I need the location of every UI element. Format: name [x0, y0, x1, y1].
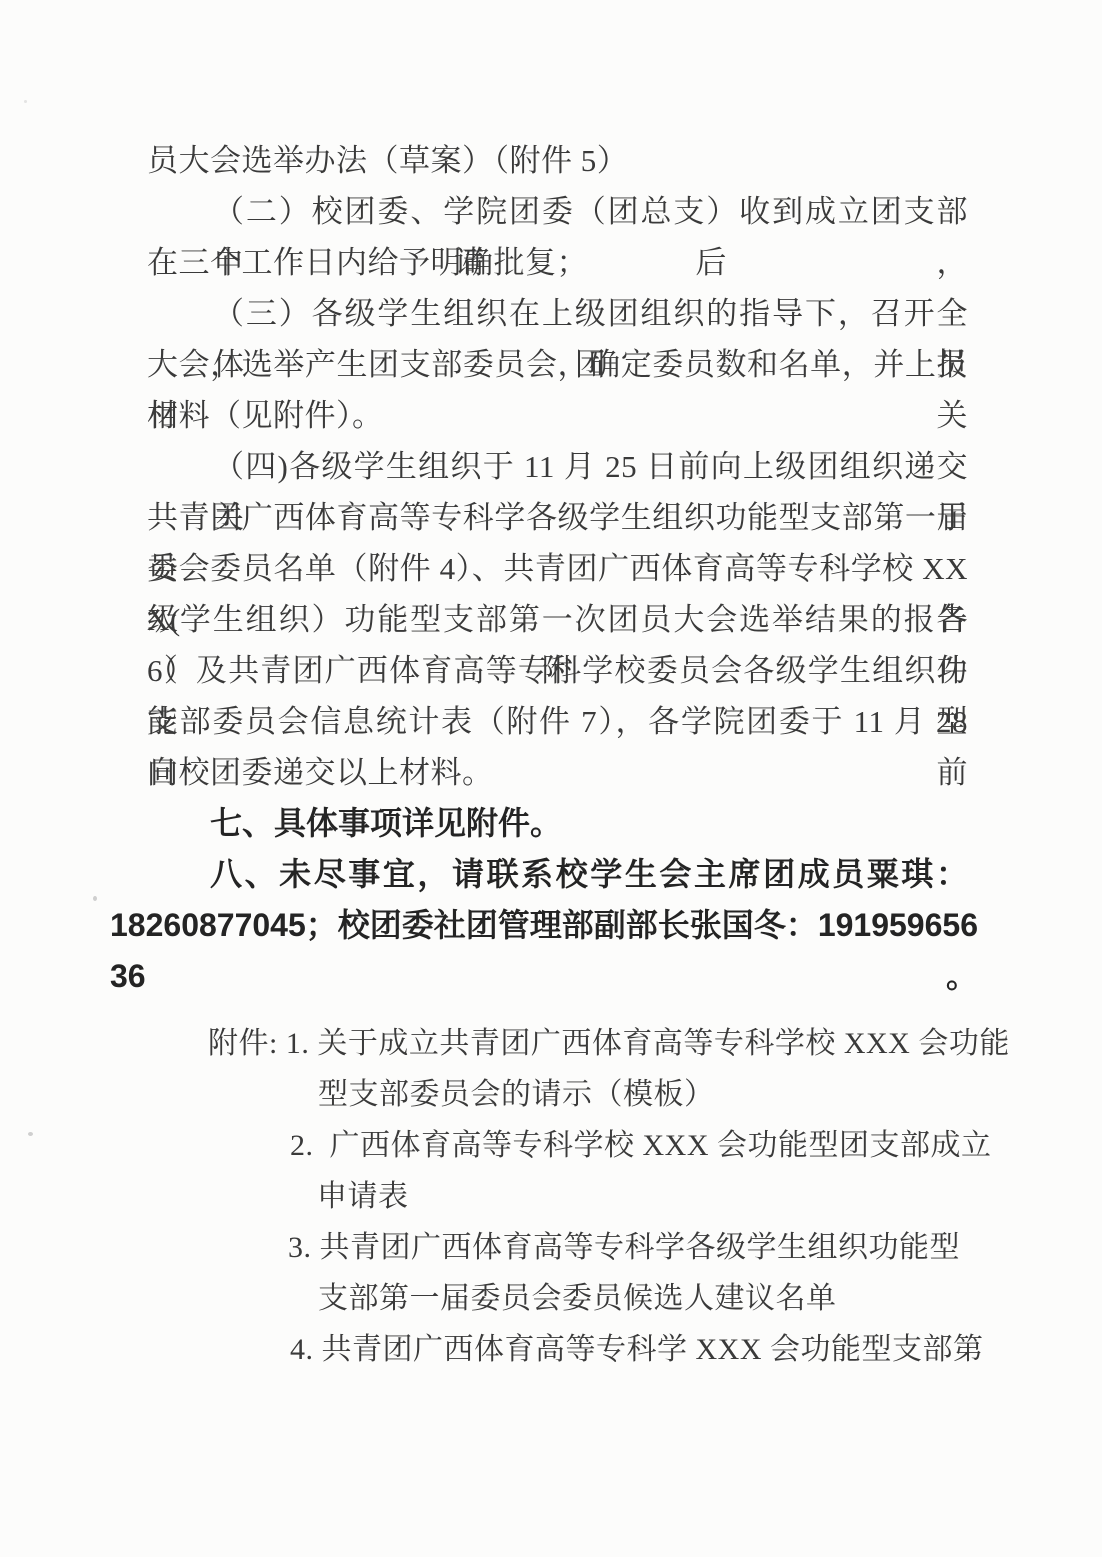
body-line: （四)各级学生组织于 11 月 25 日前向上级团组织递交关于: [147, 441, 968, 492]
scan-speck: [24, 100, 27, 103]
body-line: （三）各级学生组织在上级团组织的指导下，召开全体团员: [147, 288, 968, 339]
body-line: 员会委员名单（附件 4）、共青团广西体育高等专科学校 XXX(各: [147, 543, 968, 594]
body-paragraphs: 员大会选举办法（草案）（附件 5） （二）校团委、学院团委（团总支）收到成立团支…: [147, 135, 968, 951]
body-line: 员大会选举办法（草案）（附件 5）: [147, 135, 968, 186]
attachment-line: 3. 共青团广西体育高等专科学各级学生组织功能型: [147, 1222, 968, 1273]
body-line: 6）及共青团广西体育高等专科学校委员会各级学生组织功能型: [147, 645, 968, 696]
body-line: 共青团广西体育高等专科学各级学生组织功能型支部第一届委: [147, 492, 968, 543]
body-line: （二）校团委、学院团委（团总支）收到成立团支部申请后，: [147, 186, 968, 237]
attachment-line: 型支部委员会的请示（模板）: [147, 1069, 968, 1120]
body-line-item-seven: 七、具体事项详见附件。: [147, 798, 968, 849]
attachment-line: 申请表: [147, 1171, 968, 1222]
body-line: 级学生组织）功能型支部第一次团员大会选举结果的报告（附件: [147, 594, 968, 645]
body-line: 支部委员会信息统计表（附件 7），各学院团委于 11 月 28 日前: [147, 696, 968, 747]
attachment-line: 附件: 1. 关于成立共青团广西体育高等专科学校 XXX 会功能: [147, 1018, 968, 1069]
body-line: 大会，选举产生团支部委员会，确定委员数和名单，并上报相关: [147, 339, 968, 390]
attachment-line: 4. 共青团广西体育高等专科学 XXX 会功能型支部第: [147, 1324, 968, 1375]
attachment-line: 支部第一届委员会委员候选人建议名单: [147, 1273, 968, 1324]
scan-speck: [93, 896, 97, 901]
attachment-line: 2. 广西体育高等专科学校 XXX 会功能型团支部成立: [147, 1120, 968, 1171]
document-page: 员大会选举办法（草案）（附件 5） （二）校团委、学院团委（团总支）收到成立团支…: [0, 0, 1102, 1557]
body-line-contact-phones: 18260877045；校团委社团管理部副部长张国冬：19195965636。: [110, 900, 978, 951]
scan-speck: [28, 1132, 33, 1136]
body-line-item-eight: 八、未尽事宜，请联系校学生会主席团成员粟琪：: [147, 849, 968, 900]
attachments-list: 附件: 1. 关于成立共青团广西体育高等专科学校 XXX 会功能 型支部委员会的…: [147, 1018, 968, 1375]
